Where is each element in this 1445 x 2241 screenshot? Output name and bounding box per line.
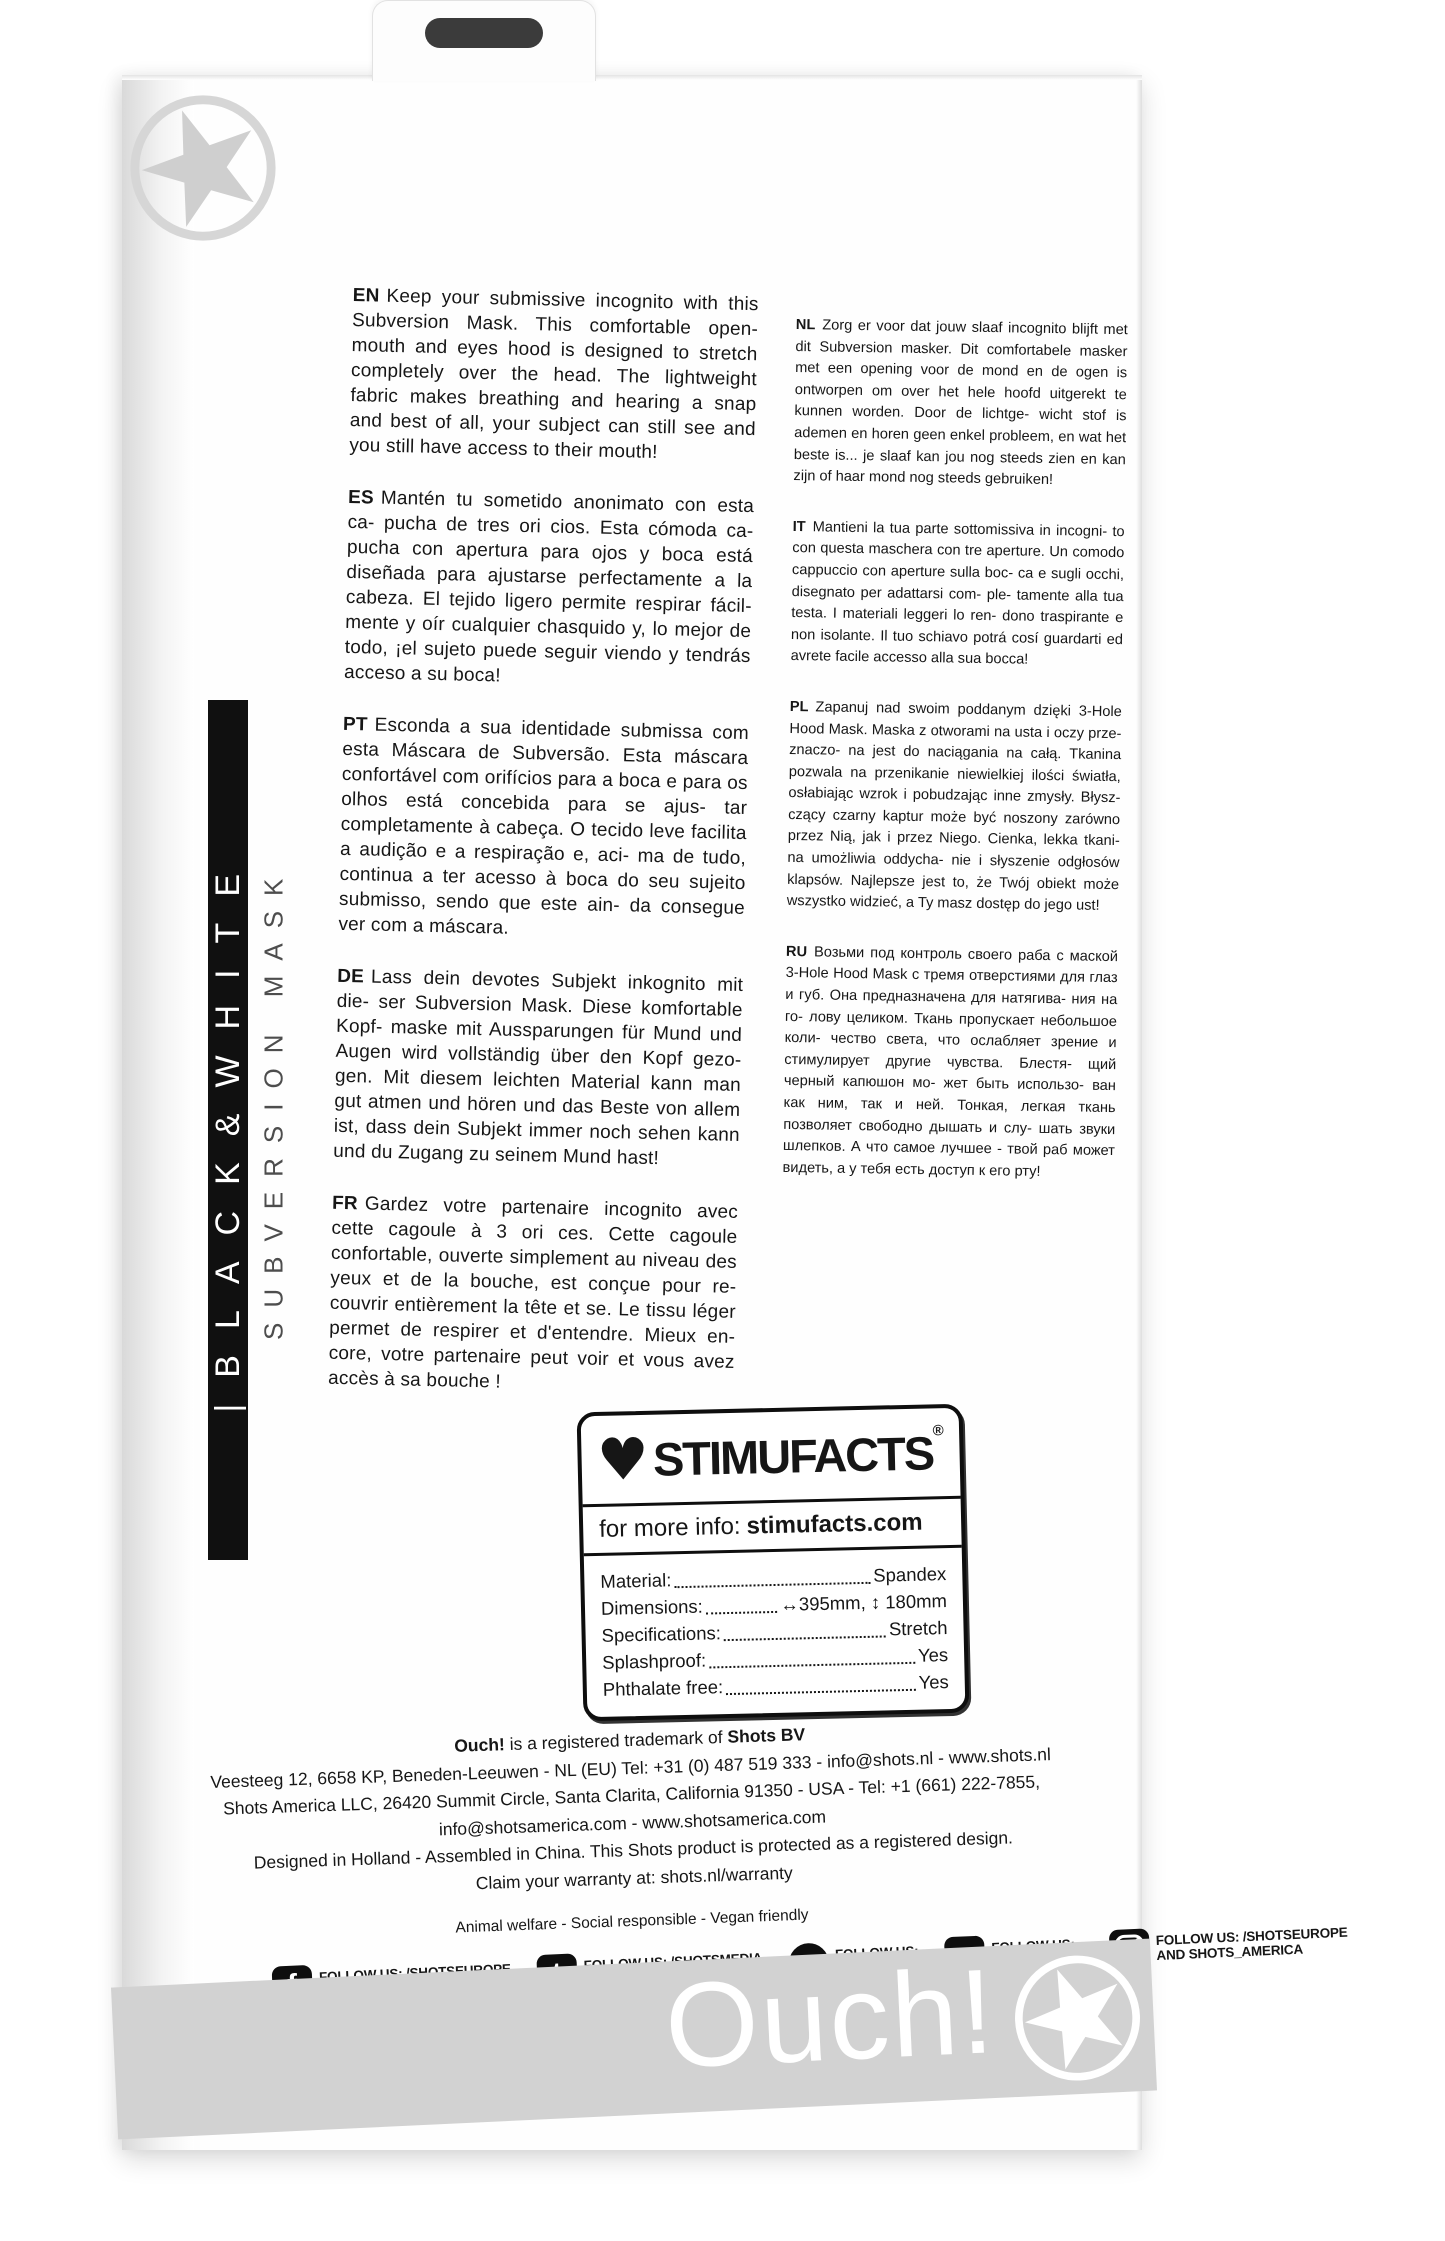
info-label: for more info: xyxy=(599,1513,741,1544)
trademark-shots: Shots BV xyxy=(727,1724,805,1747)
paragraph-pl: PLZapanuj nad swoim poddanym dzięki 3-Ho… xyxy=(787,697,1122,918)
spec-label: Splashproof: xyxy=(602,1647,706,1676)
paragraph-pt-text: Esconda a sua identidade submissa com es… xyxy=(338,715,749,939)
paragraph-it: ITMantieni la tua parte sottomissiva in … xyxy=(790,517,1124,673)
spec-label: Specifications: xyxy=(601,1619,721,1649)
paragraph-es: ESMantén tu sometido anonimato con esta … xyxy=(344,485,754,694)
paragraph-it-text: Mantieni la tua parte sottomissiva in in… xyxy=(791,519,1125,668)
left-text-column: ENKeep your submissive incognito with th… xyxy=(327,283,759,1427)
right-text-column: NLZorg er voor dat jouw slaaf incognito … xyxy=(782,315,1128,1213)
spec-value: Yes xyxy=(918,1668,949,1696)
bottom-brand-band: Ouch! xyxy=(111,1939,1157,2140)
package-back-panel: |BLACK&WHITE SUBVERSION MASK ENKeep your… xyxy=(122,75,1142,2150)
spec-value: Spandex xyxy=(873,1560,947,1589)
paragraph-nl-text: Zorg er voor dat jouw slaaf incognito bl… xyxy=(793,317,1128,488)
brand-vertical-label: |BLACK&WHITE xyxy=(209,848,248,1413)
paragraph-ru-text: Возьми под контроль своего раба с маской… xyxy=(782,944,1118,1180)
lang-code-de: DE xyxy=(337,966,364,988)
registered-mark: ® xyxy=(932,1422,943,1439)
hang-hole xyxy=(425,18,543,48)
paragraph-en: ENKeep your submissive incognito with th… xyxy=(349,283,759,467)
paragraph-de-text: Lass dein devotes Subjekt inkognito mit … xyxy=(333,967,743,1170)
brand-strip-black-and-white: |BLACK&WHITE xyxy=(208,700,248,1560)
stimufacts-info-row: for more info: stimufacts.com xyxy=(583,1496,962,1557)
paragraph-ru: RUВозьми под контроль своего раба с маск… xyxy=(782,942,1118,1185)
dotted-leader xyxy=(709,1662,915,1669)
lang-code-es: ES xyxy=(348,487,374,509)
lang-code-it: IT xyxy=(793,519,806,535)
paragraph-en-text: Keep your submissive incognito with this… xyxy=(349,286,759,463)
paragraph-es-text: Mantén tu sometido anonimato con esta ca… xyxy=(344,488,754,687)
star-circle-logo-icon xyxy=(1006,1947,1148,2089)
paragraph-nl: NLZorg er voor dat jouw slaaf incognito … xyxy=(793,315,1128,493)
stimufacts-box: ♥ STIMUFACTS ® for more info: stimufacts… xyxy=(577,1404,970,1722)
package-right-edge xyxy=(1136,75,1142,2150)
paragraph-de: DELass dein devotes Subjekt inkognito mi… xyxy=(333,964,743,1173)
stimufacts-header: ♥ STIMUFACTS ® xyxy=(581,1408,961,1505)
spec-label: Material: xyxy=(600,1566,672,1595)
dotted-leader xyxy=(724,1635,886,1641)
spec-label: Dimensions: xyxy=(601,1593,703,1622)
dotted-leader xyxy=(706,1611,778,1615)
lang-code-en: EN xyxy=(352,285,379,307)
paragraph-pt: PTEsconda a sua identidade submissa com … xyxy=(338,712,749,946)
star-circle-logo-icon xyxy=(124,83,282,253)
dotted-leader xyxy=(726,1689,915,1695)
trademark-text: is a registered trademark of xyxy=(504,1727,727,1754)
stimufacts-logo: STIMUFACTS xyxy=(652,1425,933,1486)
trademark-ouch: Ouch! xyxy=(454,1734,505,1756)
spec-value: ↔395mm, ↕ 180mm xyxy=(780,1587,947,1618)
lang-code-ru: RU xyxy=(786,944,807,960)
spec-value: Stretch xyxy=(889,1614,948,1642)
spec-label: Phthalate free: xyxy=(603,1673,724,1703)
heart-icon: ♥ xyxy=(596,1430,649,1489)
lang-code-fr: FR xyxy=(332,1193,358,1215)
dotted-leader xyxy=(674,1582,870,1588)
paragraph-fr-text: Gardez votre partenaire incognito avec c… xyxy=(328,1194,738,1393)
hang-tab xyxy=(372,0,596,81)
stimufacts-specs: Material:Spandex Dimensions:↔395mm, ↕ 18… xyxy=(584,1548,966,1718)
info-site: stimufacts.com xyxy=(746,1509,923,1541)
package-top-edge xyxy=(122,75,1142,80)
spec-value: Yes xyxy=(918,1641,949,1669)
ouch-logo: Ouch! xyxy=(662,1942,998,2095)
lang-code-pt: PT xyxy=(343,714,368,736)
paragraph-fr: FRGardez votre partenaire incognito avec… xyxy=(328,1191,738,1400)
paragraph-pl-text: Zapanuj nad swoim poddanym dzięki 3-Hole… xyxy=(787,699,1122,914)
lang-code-pl: PL xyxy=(790,699,809,715)
product-name-vertical: SUBVERSION MASK xyxy=(256,700,292,1340)
lang-code-nl: NL xyxy=(796,317,816,333)
footer-company-info: Ouch! is a registered trademark of Shots… xyxy=(180,1712,1085,1907)
